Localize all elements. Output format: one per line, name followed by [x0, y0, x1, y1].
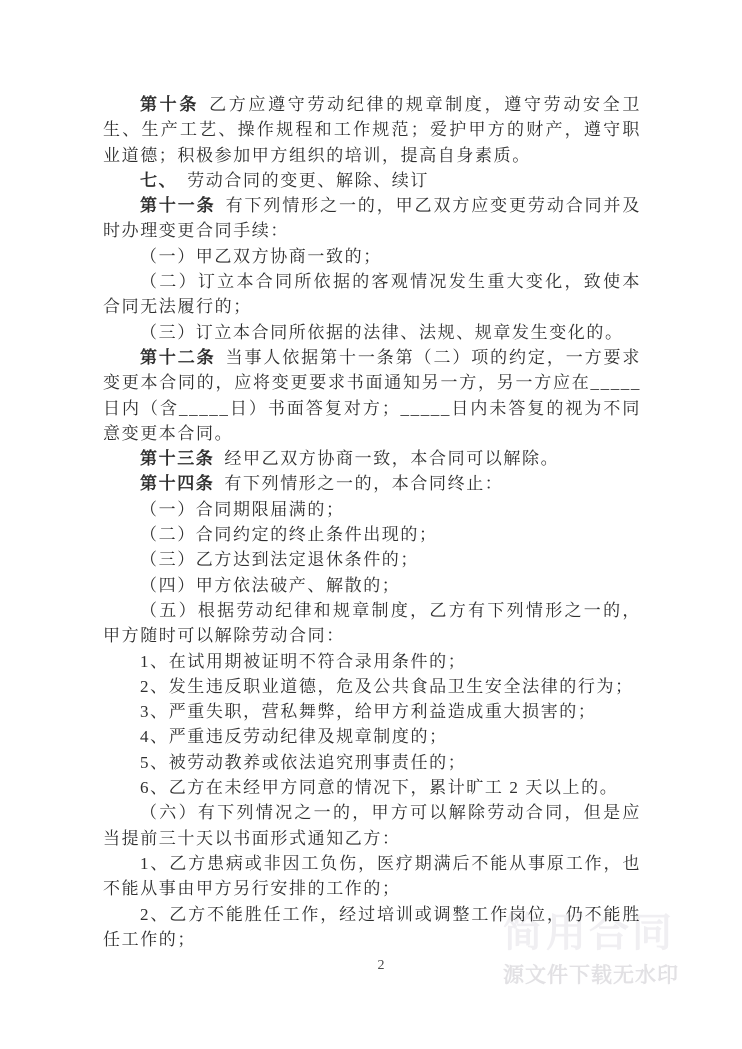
contract-paragraph: 5、被劳动教养或依法追究刑事责任的； — [103, 750, 641, 775]
clause-text: 2、发生违反职业道德，危及公共食品卫生安全法律的行为； — [140, 677, 634, 696]
contract-paragraph: （一）甲乙双方协商一致的； — [103, 244, 641, 269]
document-page: 简用合同 源文件下载无水印 第十条乙方应遵守劳动纪律的规章制度，遵守劳动安全卫生… — [0, 0, 742, 1049]
clause-text: （二）订立本合同所依据的客观情况发生重大变化，致使本合同无法履行的； — [103, 272, 641, 316]
clause-text: （一）甲乙双方协商一致的； — [140, 247, 382, 266]
clause-number: 第十三条 — [140, 449, 214, 468]
contract-paragraph: 第十四条有下列情形之一的，本合同终止： — [103, 471, 641, 496]
contract-paragraph: 3、严重失职，营私舞弊，给甲方利益造成重大损害的； — [103, 699, 641, 724]
contract-paragraph: 第十三条经甲乙双方协商一致，本合同可以解除。 — [103, 446, 641, 471]
contract-paragraph: 1、乙方患病或非因工负伤，医疗期满后不能从事原工作，也不能从事由甲方另行安排的工… — [103, 851, 641, 902]
clause-text: 有下列情形之一的，本合同终止： — [224, 474, 503, 493]
contract-paragraph: 第十二条当事人依据第十一条第（二）项的约定，一方要求变更本合同的，应将变更要求书… — [103, 345, 641, 446]
contract-paragraph: 4、严重违反劳动纪律及规章制度的； — [103, 724, 641, 749]
contract-paragraph: 七、劳动合同的变更、解除、续订 — [103, 168, 641, 193]
clause-text: （六）有下列情况之一的，甲方可以解除劳动合同，但是应当提前三十天以书面形式通知乙… — [103, 803, 641, 847]
contract-paragraph: （二）合同约定的终止条件出现的； — [103, 522, 641, 547]
clause-text: （一）合同期限届满的； — [140, 500, 345, 519]
clause-text: （五）根据劳动纪律和规章制度，乙方有下列情形之一的，甲方随时可以解除劳动合同： — [103, 601, 641, 645]
clause-text: （三）订立本合同所依据的法律、法规、规章发生变化的。 — [140, 323, 624, 342]
clause-number: 第十条 — [140, 95, 199, 114]
clause-number: 第十一条 — [140, 196, 216, 215]
clause-text: 4、严重违反劳动纪律及规章制度的； — [140, 727, 448, 746]
contract-paragraph: （三）乙方达到法定退休条件的； — [103, 547, 641, 572]
contract-paragraph: 1、在试用期被证明不符合录用条件的； — [103, 649, 641, 674]
contract-body: 第十条乙方应遵守劳动纪律的规章制度，遵守劳动安全卫生、生产工艺、操作规程和工作规… — [103, 92, 641, 952]
clause-text: （四）甲方依法破产、解散的； — [140, 576, 400, 595]
page-number: 2 — [0, 958, 742, 974]
clause-text: 1、乙方患病或非因工负伤，医疗期满后不能从事原工作，也不能从事由甲方另行安排的工… — [103, 854, 641, 898]
clause-text: 3、严重失职，营私舞弊，给甲方利益造成重大损害的； — [140, 702, 597, 721]
contract-paragraph: （四）甲方依法破产、解散的； — [103, 573, 641, 598]
clause-number: 第十四条 — [140, 474, 214, 493]
contract-paragraph: （六）有下列情况之一的，甲方可以解除劳动合同，但是应当提前三十天以书面形式通知乙… — [103, 800, 641, 851]
clause-text: 经甲乙双方协商一致，本合同可以解除。 — [224, 449, 559, 468]
contract-paragraph: 6、乙方在未经甲方同意的情况下，累计旷工 2 天以上的。 — [103, 775, 641, 800]
clause-text: 1、在试用期被证明不符合录用条件的； — [140, 652, 466, 671]
contract-paragraph: 第十条乙方应遵守劳动纪律的规章制度，遵守劳动安全卫生、生产工艺、操作规程和工作规… — [103, 92, 641, 168]
clause-text: 劳动合同的变更、解除、续订 — [187, 171, 429, 190]
contract-paragraph: （一）合同期限届满的； — [103, 497, 641, 522]
contract-paragraph: 2、乙方不能胜任工作，经过培训或调整工作岗位，仍不能胜任工作的； — [103, 902, 641, 953]
clause-number: 七、 — [140, 171, 177, 190]
contract-paragraph: （三）订立本合同所依据的法律、法规、规章发生变化的。 — [103, 320, 641, 345]
clause-text: 6、乙方在未经甲方同意的情况下，累计旷工 2 天以上的。 — [140, 778, 618, 797]
contract-paragraph: 第十一条有下列情形之一的，甲乙双方应变更劳动合同并及时办理变更合同手续： — [103, 193, 641, 244]
clause-text: （二）合同约定的终止条件出现的； — [140, 525, 438, 544]
clause-text: （三）乙方达到法定退休条件的； — [140, 550, 419, 569]
contract-paragraph: （五）根据劳动纪律和规章制度，乙方有下列情形之一的，甲方随时可以解除劳动合同： — [103, 598, 641, 649]
clause-text: 2、乙方不能胜任工作，经过培训或调整工作岗位，仍不能胜任工作的； — [103, 905, 641, 949]
clause-number: 第十二条 — [140, 348, 216, 367]
contract-paragraph: （二）订立本合同所依据的客观情况发生重大变化，致使本合同无法履行的； — [103, 269, 641, 320]
clause-text: 5、被劳动教养或依法追究刑事责任的； — [140, 753, 466, 772]
contract-paragraph: 2、发生违反职业道德，危及公共食品卫生安全法律的行为； — [103, 674, 641, 699]
